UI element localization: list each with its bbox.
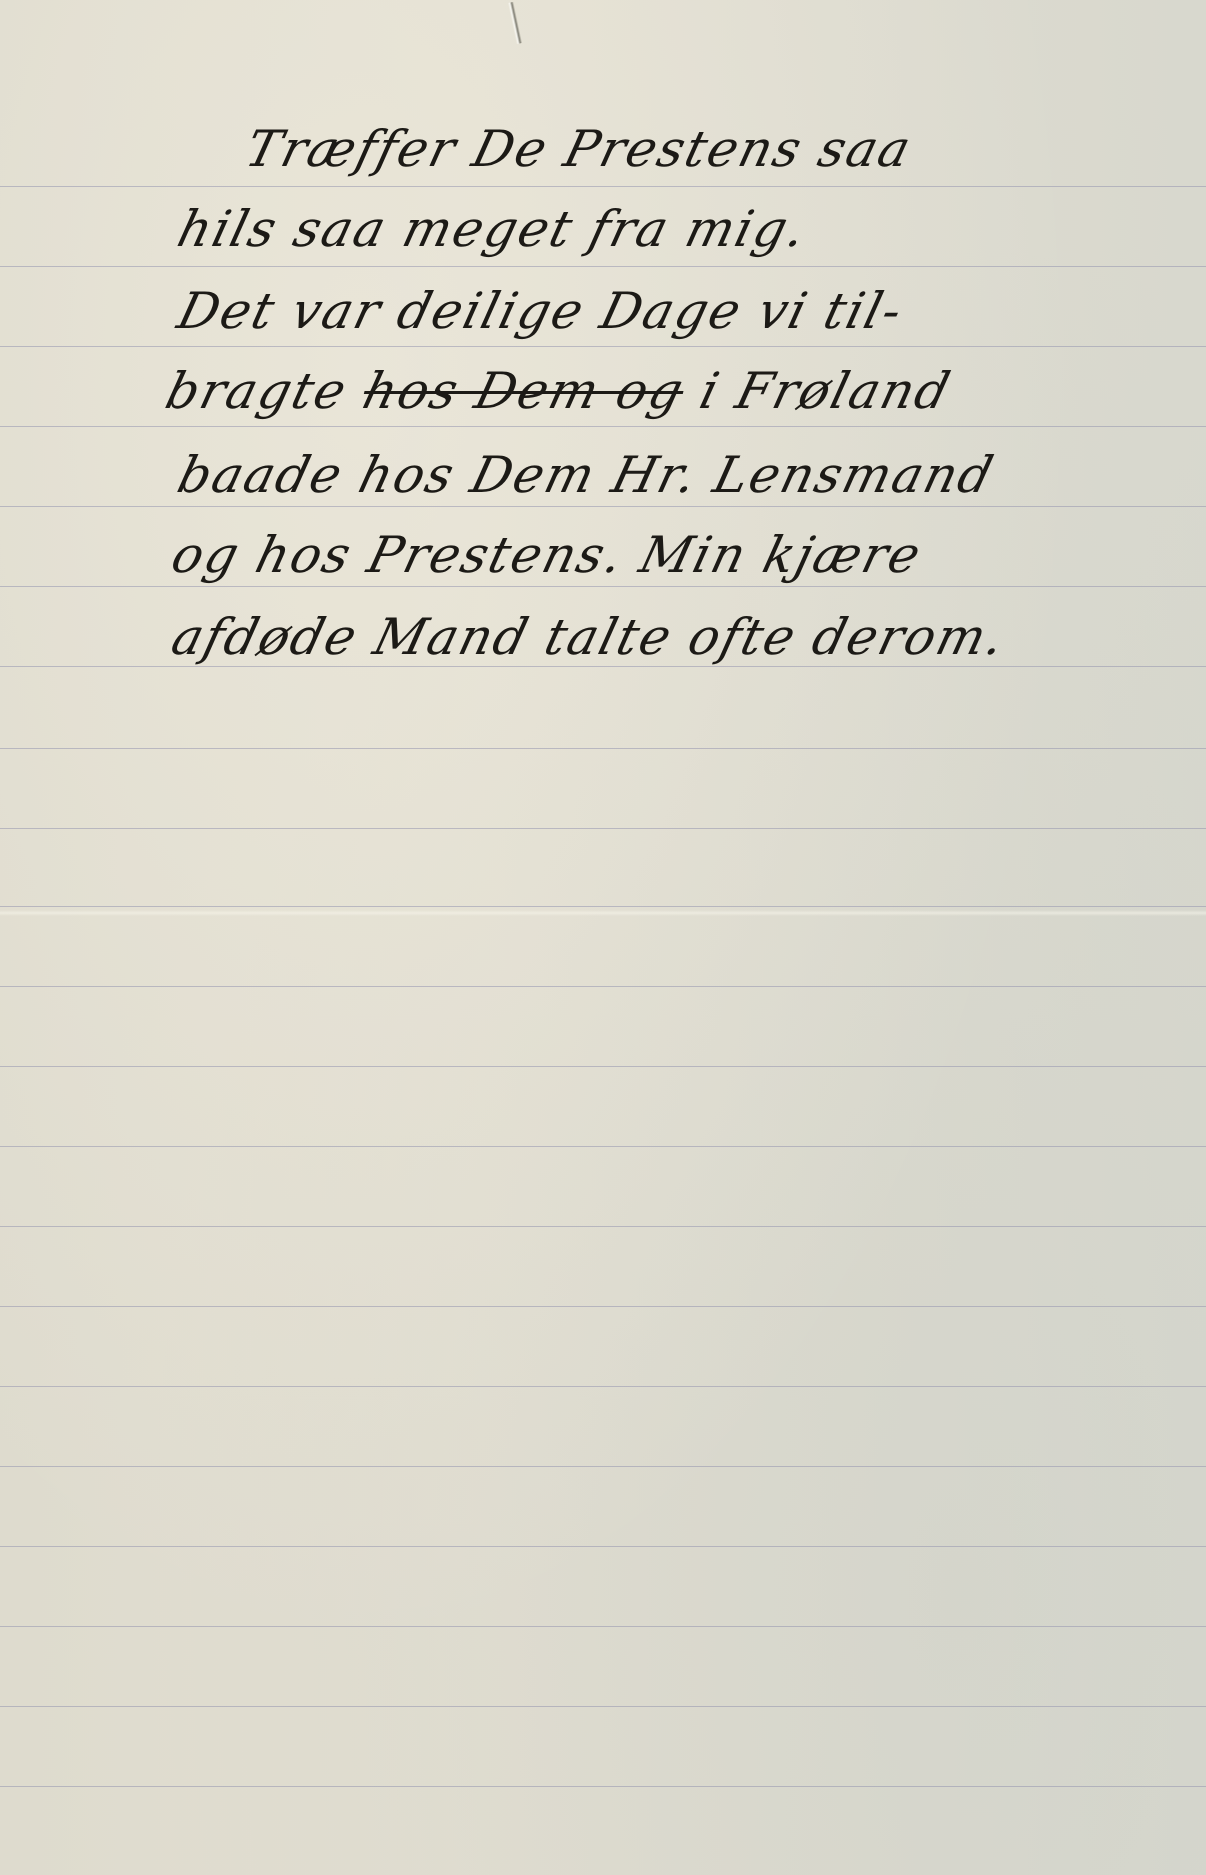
handwriting-line-5: baade hos Dem Hr. Lensmand (172, 446, 1000, 504)
ruled-line (0, 1466, 1206, 1467)
letter-page: Træffer De Prestens saa hils saa meget f… (0, 0, 1206, 1875)
ruled-line (0, 1706, 1206, 1707)
handwriting-line-6: og hos Prestens. Min kjære (166, 526, 928, 584)
ruled-line (0, 426, 1206, 427)
ruled-line (0, 506, 1206, 507)
ruled-line (0, 828, 1206, 829)
ruled-line (0, 266, 1206, 267)
ruled-line (0, 1146, 1206, 1147)
handwriting-line-2: hils saa meget fra mig. (172, 200, 813, 258)
ruled-line (0, 1386, 1206, 1387)
ruled-line (0, 1306, 1206, 1307)
struck-through-text: hos Dem og (357, 362, 690, 420)
paper-fold (0, 910, 1206, 916)
ruled-line (0, 1786, 1206, 1787)
line-4-text-before: bragte (160, 362, 354, 420)
ruled-line (0, 586, 1206, 587)
ruled-line (0, 748, 1206, 749)
ruled-line (0, 1066, 1206, 1067)
ruled-line (0, 1226, 1206, 1227)
ruled-line (0, 346, 1206, 347)
handwriting-line-3: Det var deilige Dage vi til- (172, 282, 910, 340)
ruled-line (0, 186, 1206, 187)
handwriting-line-1: Træffer De Prestens saa (240, 120, 918, 178)
handwriting-line-7: afdøde Mand talte ofte derom. (166, 608, 1012, 666)
ruled-line (0, 906, 1206, 907)
handwriting-line-4: bragte hos Dem og i Frøland (160, 362, 957, 420)
ruled-line (0, 666, 1206, 667)
line-4-text-after: i Frøland (694, 362, 957, 420)
ruled-line (0, 986, 1206, 987)
ruled-line (0, 1626, 1206, 1627)
paper-tear-mark (508, 2, 523, 44)
ruled-line (0, 1546, 1206, 1547)
